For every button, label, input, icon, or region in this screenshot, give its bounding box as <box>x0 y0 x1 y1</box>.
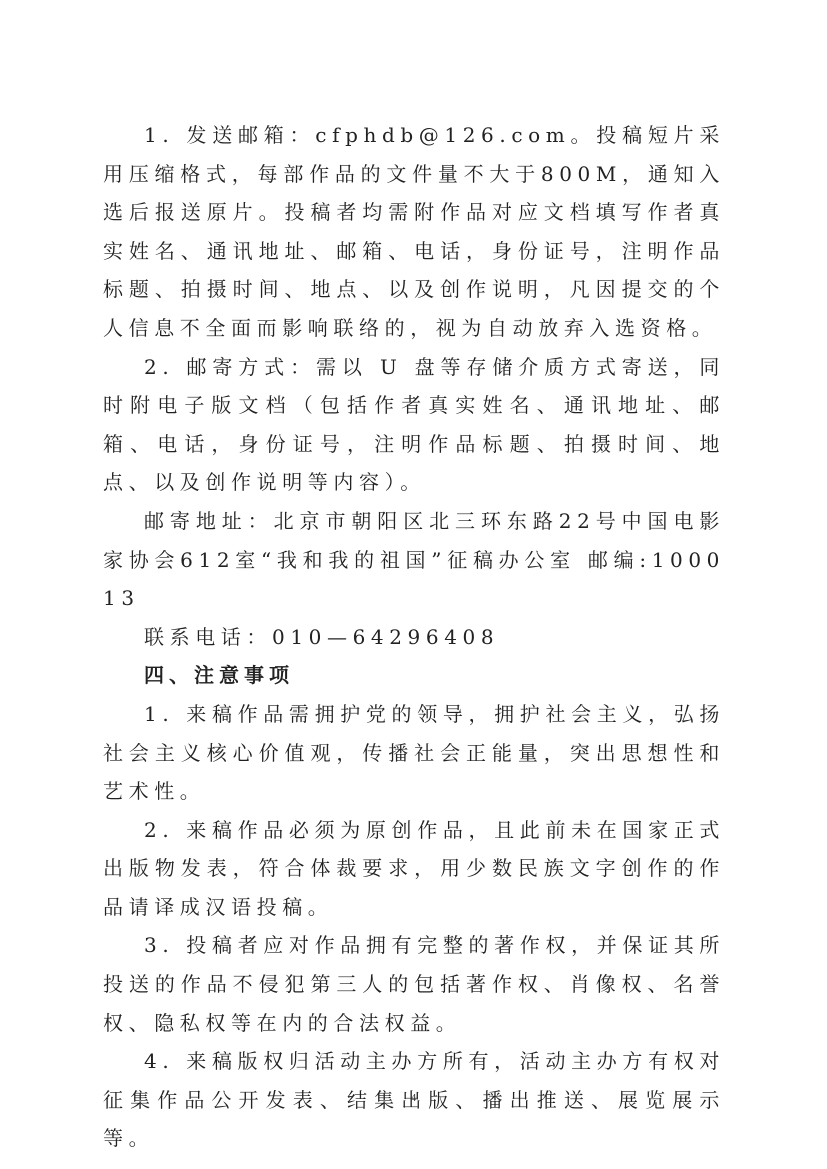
paragraph-email-submission: 1. 发送邮箱：cfphdb@126.com。投稿短片采用压缩格式，每部作品的文… <box>103 116 725 348</box>
paragraph-mail-submission: 2. 邮寄方式：需以 U 盘等存储介质方式寄送，同时附电子版文档（包括作者真实姓… <box>103 348 725 502</box>
section-heading-notes: 四、注意事项 <box>103 656 725 695</box>
paragraph-note-1: 1. 来稿作品需拥护党的领导，拥护社会主义，弘扬社会主义核心价值观，传播社会正能… <box>103 695 725 811</box>
page-number: 4 <box>0 1092 827 1104</box>
paragraph-note-2: 2. 来稿作品必须为原创作品，且此前未在国家正式出版物发表，符合体裁要求，用少数… <box>103 811 725 927</box>
paragraph-contact-phone: 联系电话：010—64296408 <box>103 618 725 657</box>
paragraph-mail-address: 邮寄地址：北京市朝阳区北三环东路22号中国电影家协会612室“我和我的祖国”征稿… <box>103 502 725 618</box>
document-body: 1. 发送邮箱：cfphdb@126.com。投稿短片采用压缩格式，每部作品的文… <box>103 116 725 1158</box>
paragraph-note-3: 3. 投稿者应对作品拥有完整的著作权，并保证其所投送的作品不侵犯第三人的包括著作… <box>103 926 725 1042</box>
